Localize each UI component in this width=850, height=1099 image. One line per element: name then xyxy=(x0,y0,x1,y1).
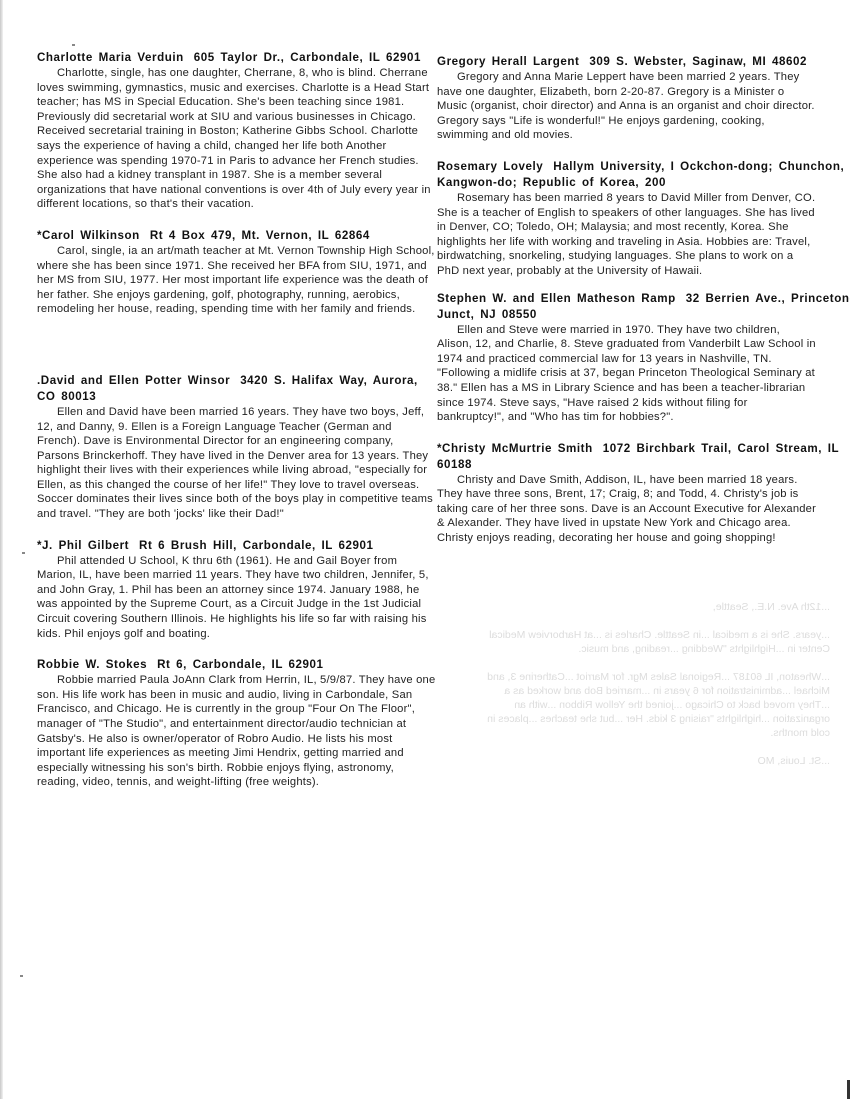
bleed-line: ...years. She is a medical ...in Seattle… xyxy=(470,628,830,656)
entry-name: Robbie W. Stokes xyxy=(37,658,147,671)
bio-entry: *J. Phil GilbertRt 6 Brush Hill, Carbond… xyxy=(37,538,437,642)
entry-name: Rosemary Lovely xyxy=(437,160,543,173)
entry-bio: Christy and Dave Smith, Addison, IL, hav… xyxy=(437,473,817,546)
entry-heading: Robbie W. StokesRt 6, Carbondale, IL 629… xyxy=(37,657,437,673)
bleed-through-text: ...12th Ave. N.E., Seattle, ...years. Sh… xyxy=(470,600,830,782)
entry-heading: .David and Ellen Potter Winsor3420 S. Ha… xyxy=(37,373,437,405)
entry-name: Stephen W. and Ellen Matheson Ramp xyxy=(437,292,676,305)
entry-name: *J. Phil Gilbert xyxy=(37,539,129,552)
entry-bio: Phil attended U School, K thru 6th (1961… xyxy=(37,554,437,642)
entry-heading: *Carol WilkinsonRt 4 Box 479, Mt. Vernon… xyxy=(37,228,437,244)
bleed-line: ...Wheaton, IL 60187 ...Regional Sales M… xyxy=(470,670,830,740)
bio-entry: Rosemary LovelyHallym University, I Ockc… xyxy=(437,159,850,279)
entry-name: .David and Ellen Potter Winsor xyxy=(37,374,230,387)
entry-heading: Stephen W. and Ellen Matheson Ramp32 Ber… xyxy=(437,291,850,323)
entry-heading: Rosemary LovelyHallym University, I Ockc… xyxy=(437,159,850,191)
entry-address: Rt 4 Box 479, Mt. Vernon, IL 62864 xyxy=(150,229,370,242)
bio-entry: .David and Ellen Potter Winsor3420 S. Ha… xyxy=(37,373,437,522)
bio-entry: Gregory Herall Largent309 S. Webster, Sa… xyxy=(437,54,850,143)
scan-left-edge xyxy=(0,0,3,1099)
entry-address: 605 Taylor Dr., Carbondale, IL 62901 xyxy=(194,51,421,64)
scan-speck xyxy=(20,975,23,977)
bleed-line: ...12th Ave. N.E., Seattle, xyxy=(470,600,830,614)
entry-bio: Carol, single, ia an art/math teacher at… xyxy=(37,244,437,317)
entry-bio: Robbie married Paula JoAnn Clark from He… xyxy=(37,673,437,790)
entry-address: Rt 6 Brush Hill, Carbondale, IL 62901 xyxy=(139,539,373,552)
bio-entry: Stephen W. and Ellen Matheson Ramp32 Ber… xyxy=(437,291,850,425)
bio-entry: *Carol WilkinsonRt 4 Box 479, Mt. Vernon… xyxy=(37,228,437,317)
left-column: Charlotte Maria Verduin605 Taylor Dr., C… xyxy=(37,50,437,790)
entry-bio: Gregory and Anna Marie Leppert have been… xyxy=(437,70,817,143)
right-column: Gregory Herall Largent309 S. Webster, Sa… xyxy=(437,54,850,546)
entry-heading: Gregory Herall Largent309 S. Webster, Sa… xyxy=(437,54,850,70)
bio-entry: Charlotte Maria Verduin605 Taylor Dr., C… xyxy=(37,50,437,212)
entry-address: 309 S. Webster, Saginaw, MI 48602 xyxy=(589,55,807,68)
entry-bio: Ellen and Steve were married in 1970. Th… xyxy=(437,323,817,425)
entry-name: *Christy McMurtrie Smith xyxy=(437,442,593,455)
entry-name: Gregory Herall Largent xyxy=(437,55,579,68)
bio-entry: *Christy McMurtrie Smith1072 Birchbark T… xyxy=(437,441,850,546)
entry-name: *Carol Wilkinson xyxy=(37,229,140,242)
entry-bio: Ellen and David have been married 16 yea… xyxy=(37,405,437,522)
entry-bio: Charlotte, single, has one daughter, Che… xyxy=(37,66,437,212)
entry-heading: Charlotte Maria Verduin605 Taylor Dr., C… xyxy=(37,50,437,66)
entry-heading: *J. Phil GilbertRt 6 Brush Hill, Carbond… xyxy=(37,538,437,554)
scan-speck xyxy=(22,552,25,554)
bleed-line: ...St. Louis, MO xyxy=(470,754,830,768)
entry-address: Rt 6, Carbondale, IL 62901 xyxy=(157,658,323,671)
entry-name: Charlotte Maria Verduin xyxy=(37,51,184,64)
entry-bio: Rosemary has been married 8 years to Dav… xyxy=(437,191,817,279)
entry-heading: *Christy McMurtrie Smith1072 Birchbark T… xyxy=(437,441,850,473)
bio-entry: Robbie W. StokesRt 6, Carbondale, IL 629… xyxy=(37,657,437,790)
scan-speck xyxy=(72,44,75,46)
